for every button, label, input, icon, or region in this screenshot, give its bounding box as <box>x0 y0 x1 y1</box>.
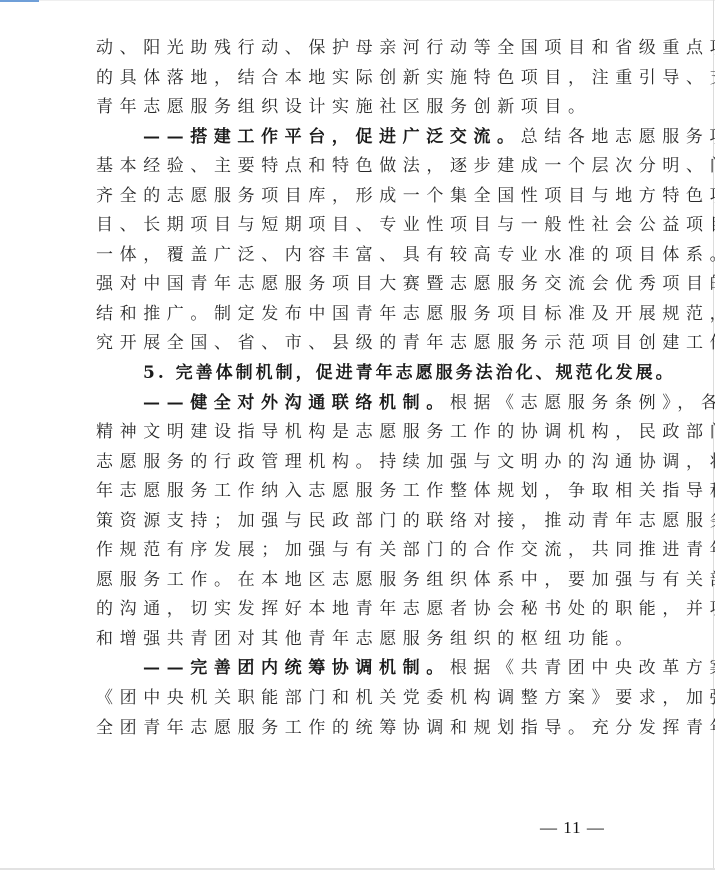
section-heading-line: 5. 完善体制机制，促进青年志愿服务法治化、规范化发展。 <box>96 359 626 389</box>
text-line: 一体，覆盖广泛、内容丰富、具有较高专业水准的项目体系。加 <box>96 241 626 271</box>
line-text: 的具体落地，结合本地实际创新实施特色项目，注重引导、支持 <box>96 68 715 88</box>
subheading-bold: ——搭建工作平台，促进广泛交流。 <box>143 127 521 147</box>
text-line: 《团中央机关职能部门和机关党委机构调整方案》要求，加强对 <box>96 684 626 714</box>
line-text: 目、长期项目与短期项目、专业性项目与一般性社会公益项目于 <box>96 215 715 235</box>
line-text: 基本经验、主要特点和特色做法，逐步建成一个层次分明、门类 <box>96 156 715 176</box>
text-line: 精神文明建设指导机构是志愿服务工作的协调机构，民政部门是 <box>96 418 626 448</box>
line-text: 青年志愿服务组织设计实施社区服务创新项目。 <box>96 97 592 117</box>
line-text: 全团青年志愿服务工作的统筹协调和规划指导。充分发挥青年社 <box>96 718 715 738</box>
section-heading: 5. 完善体制机制，促进青年志愿服务法治化、规范化发展。 <box>143 363 676 383</box>
line-text: 强对中国青年志愿服务项目大赛暨志愿服务交流会优秀项目的总 <box>96 274 715 294</box>
text-line: 策资源支持；加强与民政部门的联络对接，推动青年志愿服务工 <box>96 507 626 537</box>
text-line: 年志愿服务工作纳入志愿服务工作整体规划，争取相关指导和政 <box>96 477 626 507</box>
text-line: 结和推广。制定发布中国青年志愿服务项目标准及开展规范，研 <box>96 300 626 330</box>
line-text: 一体，覆盖广泛、内容丰富、具有较高专业水准的项目体系。加 <box>96 245 715 265</box>
text-line: 齐全的志愿服务项目库，形成一个集全国性项目与地方特色项 <box>96 182 626 212</box>
text-line: 动、阳光助残行动、保护母亲河行动等全国项目和省级重点项目 <box>96 34 626 64</box>
page-number: — 11 — <box>540 818 605 838</box>
paragraph-heading-line: ——搭建工作平台，促进广泛交流。总结各地志愿服务项目 <box>96 123 626 153</box>
text-line: 目、长期项目与短期项目、专业性项目与一般性社会公益项目于 <box>96 211 626 241</box>
text-line: 愿服务工作。在本地区志愿服务组织体系中，要加强与有关部门 <box>96 566 626 596</box>
text-line: 强对中国青年志愿服务项目大赛暨志愿服务交流会优秀项目的总 <box>96 270 626 300</box>
text-line: 作规范有序发展；加强与有关部门的合作交流，共同推进青年志 <box>96 536 626 566</box>
line-text: 根据《志愿服务条例》，各级 <box>450 393 715 413</box>
paragraph-heading-line: ——完善团内统筹协调机制。根据《共青团中央改革方案》 <box>96 654 626 684</box>
text-line: 究开展全国、省、市、县级的青年志愿服务示范项目创建工作。 <box>96 329 626 359</box>
line-text: 作规范有序发展；加强与有关部门的合作交流，共同推进青年志 <box>96 540 715 560</box>
top-accent-bar <box>0 0 39 2</box>
text-line: 的具体落地，结合本地实际创新实施特色项目，注重引导、支持 <box>96 64 626 94</box>
text-line: 基本经验、主要特点和特色做法，逐步建成一个层次分明、门类 <box>96 152 626 182</box>
line-text: 愿服务工作。在本地区志愿服务组织体系中，要加强与有关部门 <box>96 570 715 590</box>
paragraph-heading-line: ——健全对外沟通联络机制。根据《志愿服务条例》，各级 <box>96 389 626 419</box>
text-line: 志愿服务的行政管理机构。持续加强与文明办的沟通协调，将青 <box>96 448 626 478</box>
text-line: 和增强共青团对其他青年志愿服务组织的枢纽功能。 <box>96 625 626 655</box>
line-text: 根据《共青团中央改革方案》 <box>450 658 715 678</box>
line-text: 年志愿服务工作纳入志愿服务工作整体规划，争取相关指导和政 <box>96 481 715 501</box>
subheading-bold: ——健全对外沟通联络机制。 <box>143 393 450 413</box>
line-text: 《团中央机关职能部门和机关党委机构调整方案》要求，加强对 <box>96 688 715 708</box>
line-text: 总结各地志愿服务项目 <box>521 127 715 147</box>
line-text: 结和推广。制定发布中国青年志愿服务项目标准及开展规范，研 <box>96 304 715 324</box>
line-text: 的沟通，切实发挥好本地青年志愿者协会秘书处的职能，并巩固 <box>96 599 715 619</box>
text-line: 全团青年志愿服务工作的统筹协调和规划指导。充分发挥青年社 <box>96 714 626 744</box>
line-text: 究开展全国、省、市、县级的青年志愿服务示范项目创建工作。 <box>96 333 715 353</box>
line-text: 策资源支持；加强与民政部门的联络对接，推动青年志愿服务工 <box>96 511 715 531</box>
text-line: 青年志愿服务组织设计实施社区服务创新项目。 <box>96 93 626 123</box>
line-text: 动、阳光助残行动、保护母亲河行动等全国项目和省级重点项目 <box>96 38 715 58</box>
top-rule <box>39 0 715 1</box>
line-text: 精神文明建设指导机构是志愿服务工作的协调机构，民政部门是 <box>96 422 715 442</box>
line-text: 齐全的志愿服务项目库，形成一个集全国性项目与地方特色项 <box>96 186 715 206</box>
document-page: 动、阳光助残行动、保护母亲河行动等全国项目和省级重点项目 的具体落地，结合本地实… <box>96 34 626 743</box>
line-text: 和增强共青团对其他青年志愿服务组织的枢纽功能。 <box>96 629 639 649</box>
text-line: 的沟通，切实发挥好本地青年志愿者协会秘书处的职能，并巩固 <box>96 595 626 625</box>
line-text: 志愿服务的行政管理机构。持续加强与文明办的沟通协调，将青 <box>96 452 715 472</box>
subheading-bold: ——完善团内统筹协调机制。 <box>143 658 450 678</box>
